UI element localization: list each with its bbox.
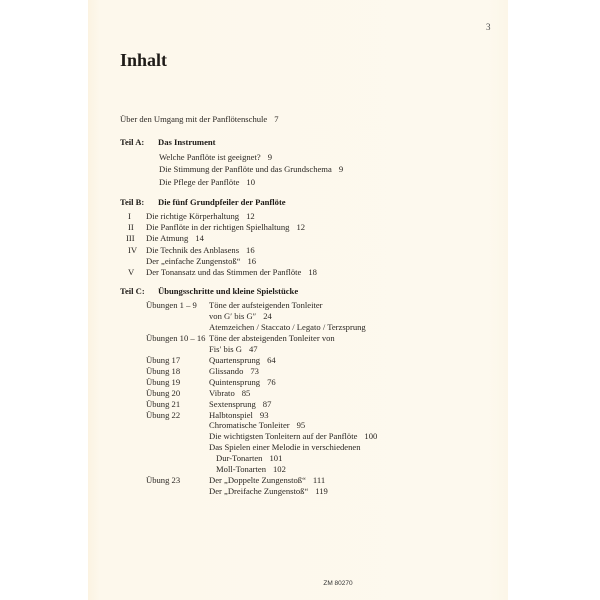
toc-entry: Die Pflege der Panflöte10 — [159, 177, 255, 188]
toc-entry: Der „Doppelte Zungenstoß“111 — [209, 475, 325, 486]
exercise-label: Übungen 10 – 16 — [146, 333, 205, 344]
toc-entry: Die Atmung14 — [146, 233, 204, 244]
page-ref: 93 — [260, 410, 269, 420]
toc-entry: Glissando73 — [209, 366, 259, 377]
section-heading-teil-a: Teil A:Das Instrument — [120, 137, 216, 148]
toc-entry: Die wichtigsten Tonleitern auf der Panfl… — [209, 431, 377, 442]
page-ref: 64 — [267, 355, 276, 365]
toc-entry: Quintensprung76 — [209, 377, 276, 388]
toc-entry: Sextensprung87 — [209, 399, 271, 410]
page-ref: 7 — [274, 114, 278, 124]
page-ref: 18 — [308, 267, 317, 277]
document-page: 3 Inhalt Über den Umgang mit der Panflöt… — [88, 0, 508, 600]
page-ref: 10 — [246, 177, 255, 187]
toc-entry: Das Spielen einer Melodie in verschieden… — [209, 442, 361, 453]
page-ref: 16 — [248, 256, 257, 266]
exercise-label: Übung 21 — [146, 399, 180, 410]
toc-entry: Der „Dreifache Zungenstoß“119 — [209, 486, 328, 497]
roman-numeral: III — [126, 233, 135, 244]
exercise-label: Übungen 1 – 9 — [146, 300, 197, 311]
page-ref: 119 — [315, 486, 328, 496]
page-ref: 14 — [195, 233, 204, 243]
page-ref: 12 — [246, 211, 255, 221]
page-ref: 73 — [250, 366, 259, 376]
toc-entry: Die Panflöte in der richtigen Spielhaltu… — [146, 222, 305, 233]
page-title: Inhalt — [120, 50, 167, 71]
toc-entry: Welche Panflöte ist geeignet?9 — [159, 152, 272, 163]
page-ref: 24 — [263, 311, 272, 321]
page-ref: 111 — [313, 475, 325, 485]
toc-entry: von G′ bis G″24 — [209, 311, 272, 322]
page-ref: 47 — [249, 344, 258, 354]
page-ref: 100 — [364, 431, 377, 441]
exercise-label: Übung 18 — [146, 366, 180, 377]
page-number: 3 — [486, 22, 491, 32]
page-ref: 12 — [296, 222, 305, 232]
page-ref: 101 — [269, 453, 282, 463]
page-ref: 85 — [242, 388, 251, 398]
toc-entry: Die richtige Körperhaltung12 — [146, 211, 255, 222]
toc-entry: Fis′ bis G47 — [209, 344, 258, 355]
toc-entry: Vibrato85 — [209, 388, 250, 399]
toc-entry: Töne der absteigenden Tonleiter von — [209, 333, 335, 344]
toc-entry: Töne der aufsteigenden Tonleiter — [209, 300, 323, 311]
section-heading-teil-c: Teil C:Übungsschritte und kleine Spielst… — [120, 286, 298, 297]
toc-entry: Die Stimmung der Panflöte und das Grunds… — [159, 164, 343, 175]
toc-entry: Der Tonansatz und das Stimmen der Panflö… — [146, 267, 317, 278]
page-ref: 16 — [246, 245, 255, 255]
exercise-label: Übung 22 — [146, 410, 180, 421]
toc-entry-intro: Über den Umgang mit der Panflötenschule7 — [120, 114, 279, 125]
page-ref: 76 — [267, 377, 276, 387]
exercise-label: Übung 23 — [146, 475, 180, 486]
toc-entry: Die Technik des Anblasens16 — [146, 245, 255, 256]
page-ref: 102 — [273, 464, 286, 474]
roman-numeral: I — [128, 211, 131, 222]
exercise-label: Übung 19 — [146, 377, 180, 388]
exercise-label: Übung 17 — [146, 355, 180, 366]
toc-entry: Dur-Tonarten101 — [216, 453, 282, 464]
section-heading-teil-b: Teil B:Die fünf Grundpfeiler der Panflöt… — [120, 197, 286, 208]
page-ref: 9 — [339, 164, 343, 174]
toc-entry: Moll-Tonarten102 — [216, 464, 286, 475]
exercise-label: Übung 20 — [146, 388, 180, 399]
toc-entry: Quartensprung64 — [209, 355, 276, 366]
page-ref: 95 — [297, 420, 306, 430]
roman-numeral: II — [128, 222, 134, 233]
toc-entry: Der „einfache Zungenstoß“16 — [146, 256, 256, 267]
roman-numeral: V — [128, 267, 134, 278]
toc-entry: Chromatische Tonleiter95 — [209, 420, 305, 431]
roman-numeral: IV — [128, 245, 137, 256]
toc-entry: Atemzeichen / Staccato / Legato / Terzsp… — [209, 322, 366, 333]
catalog-number: ZM 80270 — [288, 580, 388, 587]
toc-entry: Halbtonspiel93 — [209, 410, 269, 421]
page-ref: 87 — [263, 399, 272, 409]
page-ref: 9 — [268, 152, 272, 162]
